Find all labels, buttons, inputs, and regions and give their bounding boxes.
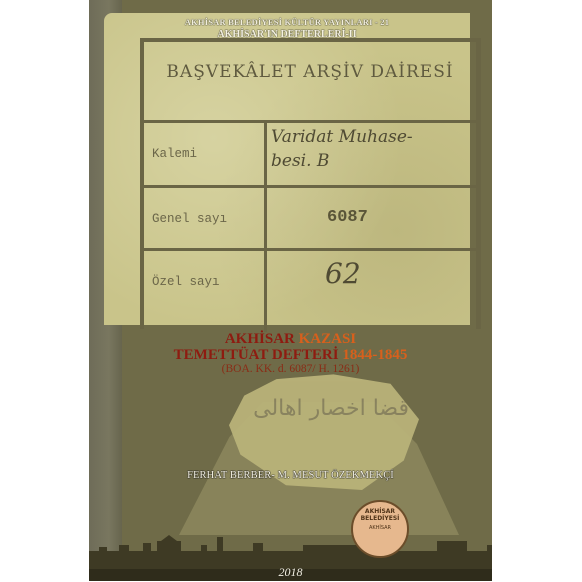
akhisar-municipality-logo: AKHİSAR BELEDİYESİ AKHİSAR xyxy=(351,500,409,558)
row-label: Özel sayı xyxy=(152,275,220,289)
handwritten-value: besi. B xyxy=(271,151,329,171)
typed-value: 6087 xyxy=(327,208,368,227)
logo-center-text: AKHİSAR xyxy=(353,525,407,531)
row-label: Genel sayı xyxy=(152,212,227,226)
publication-year: 2018 xyxy=(89,565,492,580)
arabic-script: قضا اخصار اهالى xyxy=(249,396,409,421)
handwritten-value: Varidat Muhase- xyxy=(271,127,413,147)
row-value-cell: 6087 xyxy=(264,188,476,251)
authors: FERHAT BERBER- M. MESUT ÖZEKMEKÇİ xyxy=(89,470,492,481)
table-row-ozel-sayi: Özel sayı 62 xyxy=(144,248,476,332)
archive-table: BAŞVEKÂLET ARŞİV DAİRESİ Kalemi Varidat … xyxy=(140,38,481,329)
series-title: AKHİSAR'IN DEFTERLERİ-II xyxy=(104,29,470,40)
table-row-genel-sayi: Genel sayı 6087 xyxy=(144,185,476,251)
title-line2-a: TEMETTÜAT DEFTERİ xyxy=(174,347,339,363)
book-title: AKHİSAR KAZASI TEMETTÜAT DEFTERİ 1844-18… xyxy=(89,331,492,376)
title-line2-b: 1844-1845 xyxy=(339,347,408,363)
title-line1-a: AKHİSAR xyxy=(225,331,295,347)
handwritten-value: 62 xyxy=(325,257,361,290)
logo-ring-text: AKHİSAR BELEDİYESİ xyxy=(353,508,407,522)
archive-heading: BAŞVEKÂLET ARŞİV DAİRESİ xyxy=(144,62,476,82)
archive-reference: (BOA. KK. d. 6087/ H. 1261) xyxy=(89,363,492,376)
archive-card: BAŞVEKÂLET ARŞİV DAİRESİ Kalemi Varidat … xyxy=(104,13,470,325)
series-line: AKHİSAR BELEDİYESİ KÜLTÜR YAYINLARI - 21 xyxy=(104,17,470,27)
title-line1-b: KAZASI xyxy=(295,331,356,347)
row-value-cell: 62 xyxy=(264,251,476,332)
book-cover: BAŞVEKÂLET ARŞİV DAİRESİ Kalemi Varidat … xyxy=(89,0,492,581)
table-row-kalemi: Kalemi Varidat Muhase- besi. B xyxy=(144,120,476,188)
row-label: Kalemi xyxy=(152,147,197,161)
row-value-cell: Varidat Muhase- besi. B xyxy=(264,123,476,188)
